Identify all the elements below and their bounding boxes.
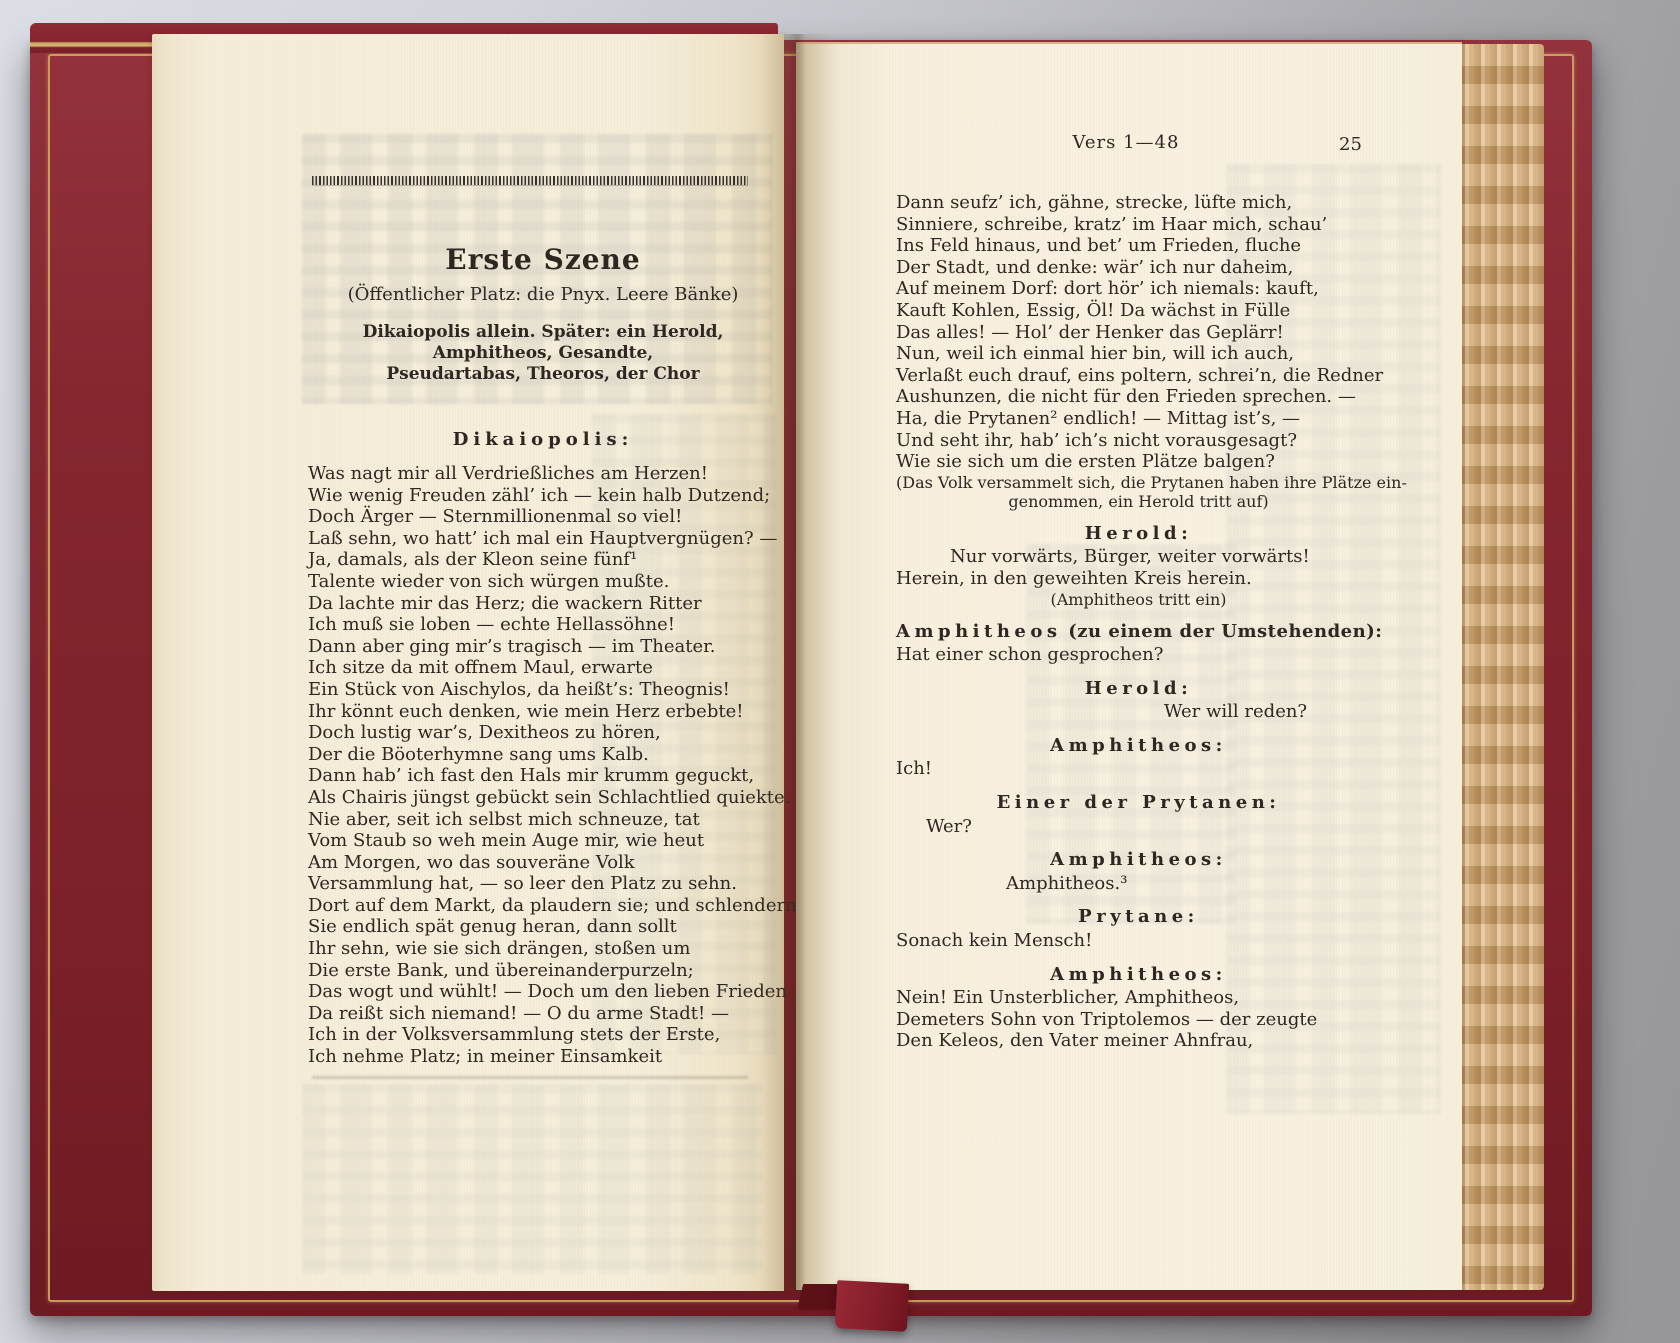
- verse-line: Als Chairis jüngst gebückt sein Schlacht…: [308, 787, 778, 809]
- section-rule: [312, 176, 748, 185]
- verse-line: Da lachte mir das Herz; die wackern Ritt…: [308, 593, 778, 615]
- verse-line: Aushunzen, die nicht für den Frieden spr…: [896, 386, 1381, 408]
- verse-line: Der die Böoterhymne sang ums Kalb.: [308, 744, 778, 766]
- verse-line: Amphitheos.³: [896, 873, 1381, 895]
- verse-block: Was nagt mir all Verdrießliches am Herze…: [308, 463, 778, 1068]
- verse-line: Dann seufz’ ich, gähne, strecke, lüfte m…: [896, 192, 1381, 214]
- speaker-heading: Amphitheos (zu einem der Umstehenden):: [896, 621, 1381, 643]
- verse-line: Da reißt sich niemand! — O du arme Stadt…: [308, 1003, 778, 1025]
- verse-line: Ihr könnt euch denken, wie mein Herz erb…: [308, 701, 778, 723]
- running-header: Vers 1—48: [896, 132, 1356, 153]
- verse-line: Das alles! — Hol’ der Henker das Geplärr…: [896, 322, 1381, 344]
- verse-line: Auf meinem Dorf: dort hör’ ich niemals: …: [896, 278, 1381, 300]
- speaker-name: Amphitheos: [896, 621, 1062, 642]
- verse-line: Ein Stück von Aischylos, da heißt’s: The…: [308, 679, 778, 701]
- speaker-heading: Amphitheos:: [896, 849, 1381, 871]
- verse-line: Vom Staub so weh mein Auge mir, wie heut: [308, 830, 778, 852]
- speaker-heading: Einer der Prytanen:: [896, 792, 1381, 814]
- verse-line: Ja, damals, als der Kleon seine fünf¹: [308, 549, 778, 571]
- verse-line: Dort auf dem Markt, da plaudern sie; und…: [308, 895, 778, 917]
- page-stack-right-edge: [1462, 44, 1544, 1290]
- cast-line: Dikaiopolis allein. Später: ein Herold, …: [308, 322, 778, 364]
- verse-line: Nun, weil ich einmal hier bin, will ich …: [896, 343, 1381, 365]
- verse-line: Wer?: [896, 816, 1381, 838]
- verse-line: Sie endlich spät genug heran, dann sollt: [308, 916, 778, 938]
- left-page: Erste Szene (Öffentlicher Platz: die Pny…: [152, 34, 784, 1291]
- verse-line: Was nagt mir all Verdrießliches am Herze…: [308, 463, 778, 485]
- verse-line: Versammlung hat, — so leer den Platz zu …: [308, 873, 778, 895]
- verse-line: Sinniere, schreibe, kratz’ im Haar mich,…: [896, 214, 1381, 236]
- verse-line: Hat einer schon gesprochen?: [896, 644, 1381, 666]
- verse-line: Ich sitze da mit offnem Maul, erwarte: [308, 657, 778, 679]
- verse-line: Am Morgen, wo das souveräne Volk: [308, 852, 778, 874]
- verse-line: Ins Feld hinaus, und bet’ um Frieden, fl…: [896, 235, 1381, 257]
- verse-line: Nie aber, seit ich selbst mich schneuze,…: [308, 809, 778, 831]
- stage-direction: (Amphitheos tritt ein): [896, 590, 1381, 609]
- dialogue-block: Dann seufz’ ich, gähne, strecke, lüfte m…: [896, 192, 1381, 1052]
- verse-line: Wie sie sich um die ersten Plätze balgen…: [896, 451, 1381, 473]
- bleedthrough-rule: [312, 1076, 748, 1079]
- speaker-heading: Herold:: [896, 678, 1381, 700]
- page-stack-left-edge: [82, 36, 154, 1288]
- verse-line: Und seht ihr, hab’ ich’s nicht vorausges…: [896, 430, 1381, 452]
- verse-line: Der Stadt, und denke: wär’ ich nur dahei…: [896, 257, 1381, 279]
- stage-note: (zu einem der Umstehenden):: [1062, 621, 1383, 642]
- verse-line: Ich nehme Platz; in meiner Einsamkeit: [308, 1046, 778, 1068]
- page-number: 25: [1339, 134, 1362, 155]
- stage-direction: (Das Volk versammelt sich, die Prytanen …: [896, 473, 1381, 492]
- verse-line: Dann hab’ ich fast den Hals mir krumm ge…: [308, 765, 778, 787]
- bleedthrough-text: [302, 1084, 762, 1274]
- verse-line: Demeters Sohn von Triptolemos — der zeug…: [896, 1009, 1381, 1031]
- scene-setting: (Öffentlicher Platz: die Pnyx. Leere Bän…: [308, 284, 778, 306]
- scene-title: Erste Szene: [308, 243, 778, 276]
- verse-line: Kauft Kohlen, Essig, Öl! Da wächst in Fü…: [896, 300, 1381, 322]
- verse-line: Wer will reden?: [896, 701, 1381, 723]
- verse-line: Sonach kein Mensch!: [896, 930, 1381, 952]
- verse-line: Ha, die Prytanen² endlich! — Mittag ist’…: [896, 408, 1381, 430]
- cast-list: Dikaiopolis allein. Später: ein Herold, …: [308, 322, 778, 385]
- speaker-heading: Amphitheos:: [896, 735, 1381, 757]
- verse-line: Herein, in den geweihten Kreis herein.: [896, 568, 1381, 590]
- right-page: Vers 1—48 25 Dann seufz’ ich, gähne, str…: [796, 42, 1462, 1290]
- verse-line: Doch lustig war’s, Dexitheos zu hören,: [308, 722, 778, 744]
- verse-line: Das wogt und wühlt! — Doch um den lieben…: [308, 981, 778, 1003]
- verse-line: Ich muß sie loben — echte Hellassöhne!: [308, 614, 778, 636]
- verse-line: Ich in der Volksversammlung stets der Er…: [308, 1024, 778, 1046]
- verse-line: Verlaßt euch drauf, eins poltern, schrei…: [896, 365, 1381, 387]
- speaker-heading: Dikaiopolis:: [308, 429, 778, 451]
- stage-direction: genommen, ein Herold tritt auf): [896, 492, 1381, 511]
- verse-line: Wie wenig Freuden zähl’ ich — kein halb …: [308, 485, 778, 507]
- verse-line: Doch Ärger — Sternmillionenmal so viel!: [308, 506, 778, 528]
- verse-line: Nur vorwärts, Bürger, weiter vorwärts!: [896, 546, 1381, 568]
- verse-line: Ihr sehn, wie sie sich drängen, stoßen u…: [308, 938, 778, 960]
- verse-line: Nein! Ein Unsterblicher, Amphitheos,: [896, 987, 1381, 1009]
- speaker-heading: Herold:: [896, 523, 1381, 545]
- verse-line: Den Keleos, den Vater meiner Ahnfrau,: [896, 1030, 1381, 1052]
- verse-line: Dann aber ging mir’s tragisch — im Theat…: [308, 636, 778, 658]
- speaker-heading: Prytane:: [896, 906, 1381, 928]
- verse-line: Die erste Bank, und übereinanderpurzeln;: [308, 960, 778, 982]
- verse-line: Laß sehn, wo hatt’ ich mal ein Hauptverg…: [308, 528, 778, 550]
- bookmark-ribbon: [835, 1280, 909, 1332]
- verse-line: Talente wieder von sich würgen mußte.: [308, 571, 778, 593]
- cast-line: Pseudartabas, Theoros, der Chor: [308, 364, 778, 385]
- speaker-heading: Amphitheos:: [896, 964, 1381, 986]
- verse-line: Ich!: [896, 758, 1381, 780]
